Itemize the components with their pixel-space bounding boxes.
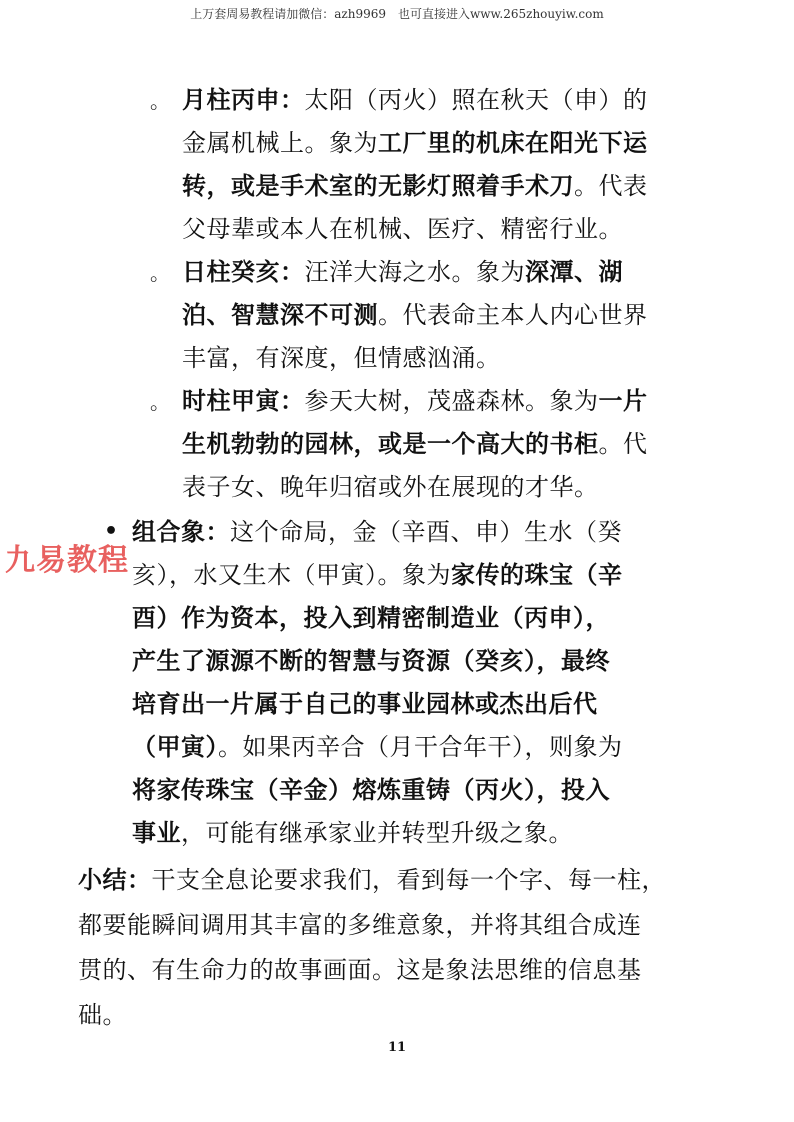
combination-line-6: （甲寅）。如果丙辛合（月干合年干），则象为	[132, 732, 623, 762]
summary-label: 小结：	[78, 866, 152, 894]
hour-pillar-line-1: 时柱甲寅：参天大树，茂盛森林。象为一片	[182, 386, 648, 416]
sub-bullet: 。	[150, 258, 170, 288]
watermark-logo: 九易教程	[5, 543, 129, 579]
page-number: 11	[0, 1040, 794, 1055]
combination-line-4: 产生了源源不断的智慧与资源（癸亥），最终	[132, 646, 610, 676]
day-pillar-line-1: 日柱癸亥：汪洋大海之水。象为深潭、湖	[182, 257, 623, 287]
sub-bullet: 。	[150, 387, 170, 417]
hour-pillar-line-3: 表子女、晚年归宿或外在展现的才华。	[182, 472, 599, 502]
day-pillar-line-2: 泊、智慧深不可测。代表命主本人内心世界	[182, 300, 648, 330]
combination-line-2: 亥），水又生木（甲寅）。象为家传的珠宝（辛	[132, 560, 623, 590]
summary-line-1: 小结：干支全息论要求我们，看到每一个字、每一柱，	[78, 865, 666, 895]
month-pillar-line-2: 金属机械上。象为工厂里的机床在阳光下运	[182, 128, 648, 158]
hour-pillar-label: 时柱甲寅：	[182, 387, 305, 415]
page-header-ad: 上万套周易教程请加微信：azh9969 也可直接进入www.265zhouyiw…	[0, 5, 794, 22]
combination-line-5: 培育出一片属于自己的事业园林或杰出后代	[132, 689, 598, 719]
month-pillar-line-4: 父母辈或本人在机械、医疗、精密行业。	[182, 214, 623, 244]
combination-line-1: 组合象：这个命局，金（辛酉、申）生水（癸	[132, 517, 622, 547]
summary-line-3: 贯的、有生命力的故事画面。这是象法思维的信息基	[78, 955, 642, 985]
day-pillar-line-3: 丰富，有深度，但情感汹涌。	[182, 343, 501, 373]
day-pillar-label: 日柱癸亥：	[182, 258, 305, 286]
month-pillar-label: 月柱丙申：	[182, 86, 305, 114]
summary-line-4: 础。	[78, 1000, 127, 1030]
sub-bullet: 。	[150, 86, 170, 116]
combination-line-8: 事业，可能有继承家业并转型升级之象。	[132, 818, 573, 848]
combination-label: 组合象：	[132, 518, 230, 546]
combination-line-3: 酉）作为资本，投入到精密制造业（丙申），	[132, 603, 610, 633]
summary-line-2: 都要能瞬间调用其丰富的多维意象，并将其组合成连	[78, 910, 642, 940]
month-pillar-line-1: 月柱丙申：太阳（丙火）照在秋天（申）的	[182, 85, 648, 115]
month-pillar-line-3: 转，或是手术室的无影灯照着手术刀。代表	[182, 171, 648, 201]
hour-pillar-line-2: 生机勃勃的园林，或是一个高大的书柜。代	[182, 429, 648, 459]
combination-line-7: 将家传珠宝（辛金）熔炼重铸（丙火），投入	[132, 775, 610, 805]
